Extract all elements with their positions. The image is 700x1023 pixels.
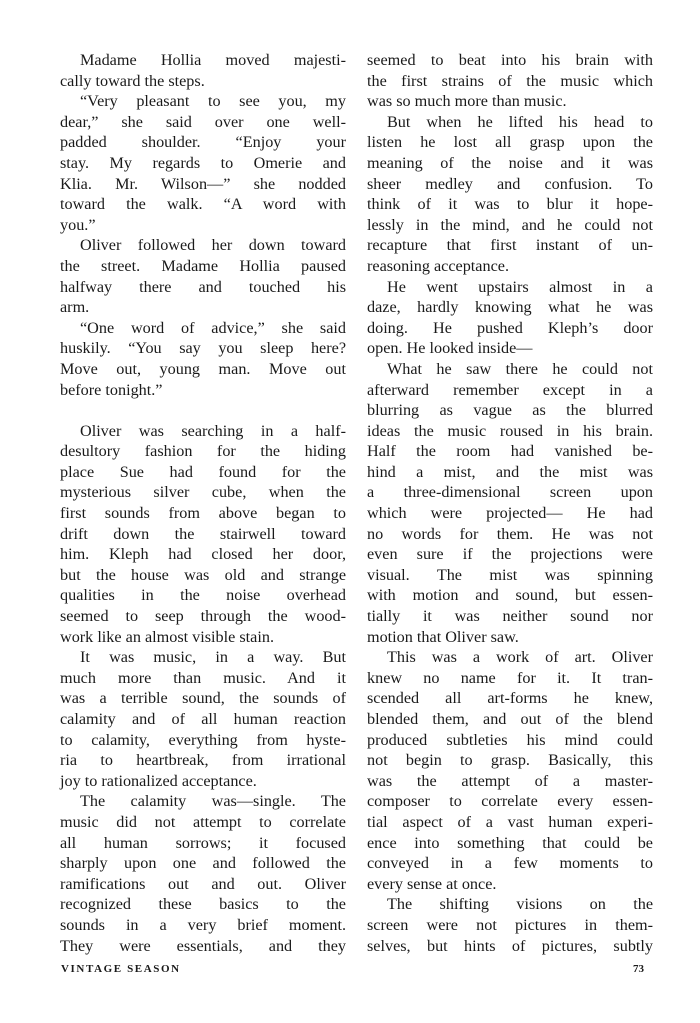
- text-line: seemed to seep through the wood-: [60, 606, 346, 627]
- text-line: music did not attempt to correlate: [60, 812, 346, 833]
- text-line: But when he lifted his head to: [367, 112, 653, 133]
- text-line: Klia. Mr. Wilson—” she nodded: [60, 174, 346, 195]
- text-line: dear,” she said over one well-: [60, 112, 346, 133]
- text-line: Move out, young man. Move out: [60, 359, 346, 380]
- text-line: composer to correlate every essen-: [367, 791, 653, 812]
- text-line: arm.: [60, 297, 346, 318]
- text-line: halfway there and touched his: [60, 277, 346, 298]
- text-line: every sense at once.: [367, 874, 653, 895]
- running-footer-title: VINTAGE SEASON: [61, 963, 181, 975]
- text-line: Oliver was searching in a half-: [60, 421, 346, 442]
- text-line: which were projected— He had: [367, 503, 653, 524]
- text-line: was so much more than music.: [367, 91, 653, 112]
- text-line: ence into something that could be: [367, 833, 653, 854]
- text-line: blended them, and out of the blend: [367, 709, 653, 730]
- text-line: before tonight.”: [60, 380, 346, 401]
- text-line: He went upstairs almost in a: [367, 277, 653, 298]
- left-column: Madame Hollia moved majesti-cally toward…: [60, 50, 346, 956]
- text-line: the street. Madame Hollia paused: [60, 256, 346, 277]
- text-line: This was a work of art. Oliver: [367, 647, 653, 668]
- text-line: recognized these basics to the: [60, 894, 346, 915]
- right-column: seemed to beat into his brain withthe fi…: [367, 50, 653, 956]
- text-line: scended all art-forms he knew,: [367, 688, 653, 709]
- text-line: motion that Oliver saw.: [367, 627, 653, 648]
- text-line: think of it was to blur it hope-: [367, 194, 653, 215]
- text-line: Half the room had vanished be-: [367, 441, 653, 462]
- text-line: work like an almost visible stain.: [60, 627, 346, 648]
- text-line: huskily. “You say you sleep here?: [60, 338, 346, 359]
- text-line: knew no name for it. It tran-: [367, 668, 653, 689]
- text-line: It was music, in a way. But: [60, 647, 346, 668]
- text-line: produced subtleties his mind could: [367, 730, 653, 751]
- text-line: The shifting visions on the: [367, 894, 653, 915]
- text-line: open. He looked inside—: [367, 338, 653, 359]
- text-line: sounds in a very brief moment.: [60, 915, 346, 936]
- text-line: a three-dimensional screen upon: [367, 482, 653, 503]
- text-line: hind a mist, and the mist was: [367, 462, 653, 483]
- text-line: afterward remember except in a: [367, 380, 653, 401]
- text-line: meaning of the noise and it was: [367, 153, 653, 174]
- text-line: padded shoulder. “Enjoy your: [60, 132, 346, 153]
- text-line: conveyed in a few moments to: [367, 853, 653, 874]
- text-line: daze, hardly knowing what he was: [367, 297, 653, 318]
- text-line: much more than music. And it: [60, 668, 346, 689]
- text-line: with motion and sound, but essen-: [367, 585, 653, 606]
- text-line: Madame Hollia moved majesti-: [60, 50, 346, 71]
- text-line: mysterious silver cube, when the: [60, 482, 346, 503]
- text-line: first sounds from above began to: [60, 503, 346, 524]
- text-line: What he saw there he could not: [367, 359, 653, 380]
- text-line: was a terrible sound, the sounds of: [60, 688, 346, 709]
- text-line: ramifications out and out. Oliver: [60, 874, 346, 895]
- text-line: you.”: [60, 215, 346, 236]
- text-line: lessly in the mind, and he could not: [367, 215, 653, 236]
- text-line: stay. My regards to Omerie and: [60, 153, 346, 174]
- section-break: [60, 400, 346, 421]
- text-line: him. Kleph had closed her door,: [60, 544, 346, 565]
- text-line: “One word of advice,” she said: [60, 318, 346, 339]
- text-line: not begin to grasp. Basically, this: [367, 750, 653, 771]
- text-line: but the house was old and strange: [60, 565, 346, 586]
- text-line: calamity and of all human reaction: [60, 709, 346, 730]
- text-line: selves, but hints of pictures, subtly: [367, 936, 653, 957]
- text-line: to calamity, everything from hyste-: [60, 730, 346, 751]
- text-line: place Sue had found for the: [60, 462, 346, 483]
- text-line: seemed to beat into his brain with: [367, 50, 653, 71]
- text-line: They were essentials, and they: [60, 936, 346, 957]
- text-line: reasoning acceptance.: [367, 256, 653, 277]
- text-line: screen were not pictures in them-: [367, 915, 653, 936]
- text-line: listen he lost all grasp upon the: [367, 132, 653, 153]
- text-line: sharply upon one and followed the: [60, 853, 346, 874]
- text-line: blurring as vague as the blurred: [367, 400, 653, 421]
- text-line: The calamity was—single. The: [60, 791, 346, 812]
- text-line: visual. The mist was spinning: [367, 565, 653, 586]
- page-number: 73: [633, 963, 644, 975]
- text-line: all human sorrows; it focused: [60, 833, 346, 854]
- text-line: ideas the music roused in his brain.: [367, 421, 653, 442]
- text-line: drift down the stairwell toward: [60, 524, 346, 545]
- text-line: tial aspect of a vast human experi-: [367, 812, 653, 833]
- text-line: no words for them. He was not: [367, 524, 653, 545]
- text-line: tially it was neither sound nor: [367, 606, 653, 627]
- text-line: cally toward the steps.: [60, 71, 346, 92]
- text-line: doing. He pushed Kleph’s door: [367, 318, 653, 339]
- text-line: joy to rationalized acceptance.: [60, 771, 346, 792]
- text-line: was the attempt of a master-: [367, 771, 653, 792]
- text-line: ria to heartbreak, from irrational: [60, 750, 346, 771]
- text-line: Oliver followed her down toward: [60, 235, 346, 256]
- text-line: recapture that first instant of un-: [367, 235, 653, 256]
- text-line: even sure if the projections were: [367, 544, 653, 565]
- text-line: qualities in the noise overhead: [60, 585, 346, 606]
- text-line: desultory fashion for the hiding: [60, 441, 346, 462]
- text-line: toward the walk. “A word with: [60, 194, 346, 215]
- text-line: sheer medley and confusion. To: [367, 174, 653, 195]
- text-line: “Very pleasant to see you, my: [60, 91, 346, 112]
- text-line: the first strains of the music which: [367, 71, 653, 92]
